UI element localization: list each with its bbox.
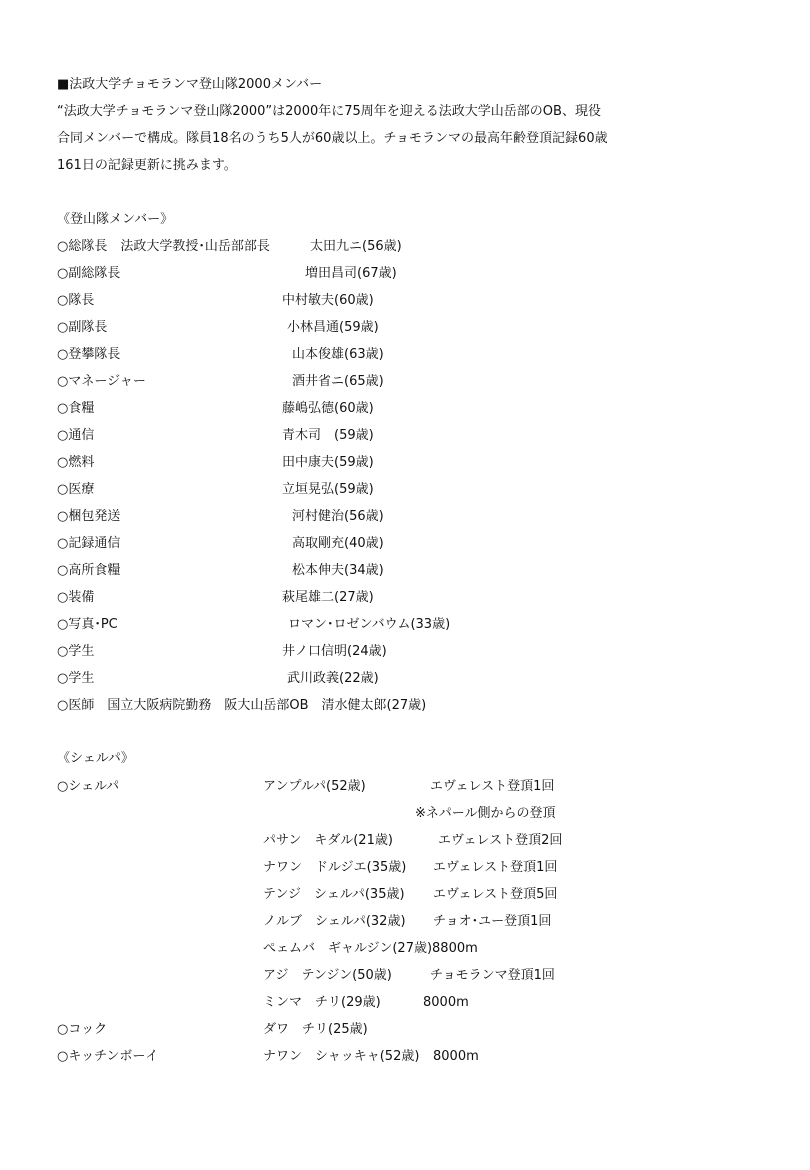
sherpa-note: エヴェレスト登頂1回 (433, 860, 557, 876)
member-row: ○マネージャー酒井省ニ(65歳) (0, 374, 810, 390)
sherpa-name: ぺェムバ ギャルジン(27歳)8800m (263, 941, 478, 957)
member-role: ○マネージャー (57, 374, 146, 390)
member-role: ○副総隊長 (57, 266, 120, 282)
sherpa-name: ノルブ シェルパ(32歳) (263, 914, 406, 930)
member-role: ○写真･PC (57, 617, 118, 633)
sherpa-role: ○コック (57, 1022, 107, 1038)
sherpa-name: ダワ チリ(25歳) (263, 1022, 368, 1038)
member-role: ○梱包発送 (57, 509, 120, 525)
sherpa-note: ※ネパール側からの登頂 (415, 806, 556, 822)
member-name: 河村健治(56歳) (292, 509, 384, 525)
member-name: 高取剛充(40歳) (292, 536, 384, 552)
member-row: ○食糧藤嶋弘德(60歳) (0, 401, 810, 417)
sherpa-note: エヴェレスト登頂1回 (430, 779, 554, 795)
member-name: 酒井省ニ(65歳) (292, 374, 384, 390)
sherpa-row: パサン キダル(21歳)エヴェレスト登頂2回 (0, 833, 810, 849)
sherpa-row: ミンマ チリ(29歳)8000m (0, 995, 810, 1011)
member-name: 井ノ口信明(24歳) (282, 644, 387, 660)
sherpa-row: ○キッチンボーイナワン シャッキャ(52歳)8000m (0, 1049, 810, 1065)
intro-line-2: 合同メンバーで構成。隊員18名のうち5人が60歳以上。チョモランマの最高年齢登頂… (57, 131, 608, 147)
member-name: 中村敏夫(60歳) (282, 293, 374, 309)
member-role: ○燃料 (57, 455, 94, 471)
sherpa-name: ナワン ドルジエ(35歳) (263, 860, 406, 876)
member-row: ○医師 国立大阪病院勤務 阪大山岳部OB 清水健太郎(27歳) (0, 698, 810, 714)
intro-line-3: 161日の記録更新に挑みます。 (57, 158, 237, 174)
member-row: ○通信青木司 (59歳) (0, 428, 810, 444)
member-name: 萩尾雄二(27歳) (282, 590, 374, 606)
member-row: ○写真･PCロマン･ロゼンバウム(33歳) (0, 617, 810, 633)
member-row: ○記録通信高取剛充(40歳) (0, 536, 810, 552)
member-row: ○燃料田中康夫(59歳) (0, 455, 810, 471)
member-name: 太田九ニ(56歳) (310, 239, 402, 255)
member-name: 武川政義(22歳) (287, 671, 379, 687)
sherpa-note: エヴェレスト登頂5回 (433, 887, 557, 903)
document-title: ■法政大学チョモランマ登山隊2000メンバー (57, 77, 322, 93)
member-name: 藤嶋弘德(60歳) (282, 401, 374, 417)
member-role: ○食糧 (57, 401, 94, 417)
member-row: ○副総隊長増田昌司(67歳) (0, 266, 810, 282)
member-name: 小林昌通(59歳) (287, 320, 379, 336)
member-role: ○医師 国立大阪病院勤務 阪大山岳部OB 清水健太郎(27歳) (57, 698, 426, 714)
member-name: 増田昌司(67歳) (305, 266, 397, 282)
member-row: ○副隊長小林昌通(59歳) (0, 320, 810, 336)
member-name: ロマン･ロゼンバウム(33歳) (288, 617, 450, 633)
sherpa-heading: 《シェルパ》 (57, 751, 134, 767)
sherpa-row: ノルブ シェルパ(32歳)チョオ･ユー登頂1回 (0, 914, 810, 930)
sherpa-row: テンジ シェルパ(35歳)エヴェレスト登頂5回 (0, 887, 810, 903)
member-row: ○高所食糧松本伸夫(34歳) (0, 563, 810, 579)
member-row: ○学生武川政義(22歳) (0, 671, 810, 687)
sherpa-name: ミンマ チリ(29歳) (263, 995, 381, 1011)
members-heading: 《登山隊メンバー》 (57, 212, 173, 228)
document-page: ■法政大学チョモランマ登山隊2000メンバー “法政大学チョモランマ登山隊200… (0, 0, 810, 1170)
sherpa-note: チョモランマ登頂1回 (430, 968, 555, 984)
member-role: ○総隊長 法政大学教授･山岳部部長 (57, 239, 270, 255)
member-row: ○医療立垣晃弘(59歳) (0, 482, 810, 498)
member-role: ○隊長 (57, 293, 94, 309)
sherpa-name: ナワン シャッキャ(52歳) (263, 1049, 419, 1065)
sherpa-name: テンジ シェルパ(35歳) (263, 887, 405, 903)
member-role: ○学生 (57, 671, 94, 687)
sherpa-role: ○キッチンボーイ (57, 1049, 158, 1065)
sherpa-name: アンプルパ(52歳) (263, 779, 366, 795)
sherpa-note: 8000m (433, 1049, 479, 1065)
member-name: 松本伸夫(34歳) (292, 563, 384, 579)
member-role: ○記録通信 (57, 536, 120, 552)
member-role: ○医療 (57, 482, 94, 498)
member-row: ○装備萩尾雄二(27歳) (0, 590, 810, 606)
member-role: ○装備 (57, 590, 94, 606)
member-row: ○総隊長 法政大学教授･山岳部部長太田九ニ(56歳) (0, 239, 810, 255)
member-name: 山本俊雄(63歳) (292, 347, 384, 363)
sherpa-note: チョオ･ユー登頂1回 (433, 914, 551, 930)
sherpa-row: ○コックダワ チリ(25歳) (0, 1022, 810, 1038)
member-name: 立垣晃弘(59歳) (282, 482, 374, 498)
sherpa-name: パサン キダル(21歳) (263, 833, 393, 849)
member-role: ○副隊長 (57, 320, 107, 336)
sherpa-name: アジ テンジン(50歳) (263, 968, 392, 984)
member-name: 青木司 (59歳) (282, 428, 374, 444)
sherpa-note: 8000m (423, 995, 469, 1011)
member-role: ○登攀隊長 (57, 347, 120, 363)
sherpa-note: エヴェレスト登頂2回 (438, 833, 562, 849)
sherpa-row: ※ネパール側からの登頂 (0, 806, 810, 822)
member-row: ○隊長中村敏夫(60歳) (0, 293, 810, 309)
sherpa-row: ナワン ドルジエ(35歳)エヴェレスト登頂1回 (0, 860, 810, 876)
member-row: ○梱包発送河村健治(56歳) (0, 509, 810, 525)
member-name: 田中康夫(59歳) (282, 455, 374, 471)
member-role: ○通信 (57, 428, 94, 444)
member-role: ○高所食糧 (57, 563, 120, 579)
sherpa-row: ○シェルパアンプルパ(52歳)エヴェレスト登頂1回 (0, 779, 810, 795)
sherpa-row: アジ テンジン(50歳)チョモランマ登頂1回 (0, 968, 810, 984)
intro-line-1: “法政大学チョモランマ登山隊2000”は2000年に75周年を迎える法政大学山岳… (57, 104, 601, 120)
sherpa-role: ○シェルパ (57, 779, 119, 795)
member-role: ○学生 (57, 644, 94, 660)
member-row: ○登攀隊長山本俊雄(63歳) (0, 347, 810, 363)
member-row: ○学生井ノ口信明(24歳) (0, 644, 810, 660)
sherpa-row: ぺェムバ ギャルジン(27歳)8800m (0, 941, 810, 957)
